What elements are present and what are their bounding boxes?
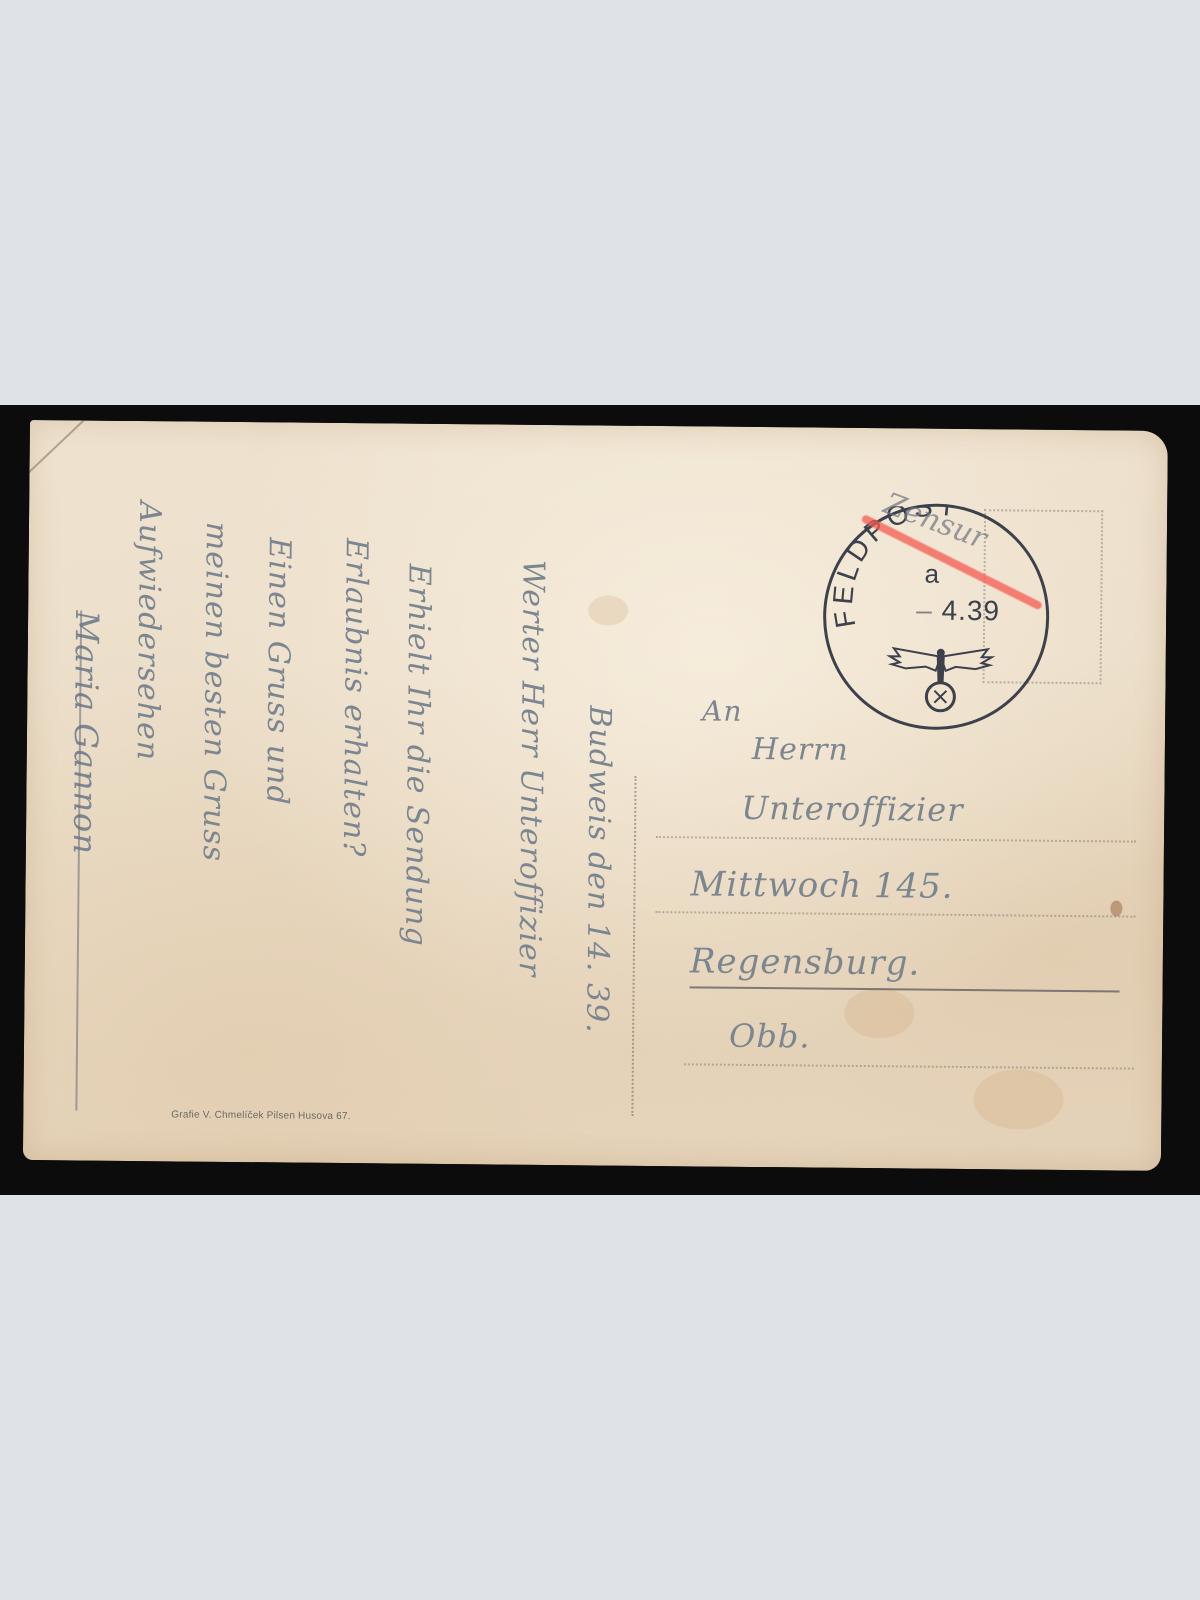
stain (973, 1069, 1064, 1130)
printer-imprint: Grafie V. Chmelíček Pilsen Husova 67. (171, 1109, 350, 1122)
address-line-1: An (702, 694, 743, 727)
address-line-4: Mittwoch 145. (690, 864, 953, 907)
signature: Maria Gannon (66, 610, 106, 855)
stain (1110, 900, 1122, 916)
message-line-6: Aufwiedersehen (130, 501, 167, 761)
message-line-3: Erlaubnis erhalten? (336, 538, 374, 858)
postcard: FELDPOST a – 4.39 Zensur An Herrn Untero… (23, 420, 1168, 1171)
address-line (684, 1063, 1134, 1069)
address-line (656, 836, 1136, 843)
address-line (655, 911, 1135, 918)
message-dateline: Budweis den 14. 39. (579, 705, 617, 1034)
message-line-1: Werter Herr Unteroffizier (512, 560, 551, 978)
eagle-icon (885, 638, 996, 719)
message-line-4: Einen Gruss und (259, 537, 297, 806)
message-line-2: Erhielt Ihr die Sendung (398, 564, 437, 947)
address-line (690, 986, 1120, 992)
address-line-3: Unteroffizier (741, 789, 964, 829)
postmark-letter: a (924, 559, 939, 590)
photo-background: FELDPOST a – 4.39 Zensur An Herrn Untero… (0, 405, 1200, 1195)
stain (588, 595, 628, 625)
message-line-5: meinen besten Gruss (196, 522, 234, 862)
divider-line (631, 776, 636, 1116)
address-line-5: Regensburg. (690, 941, 921, 983)
stain (844, 988, 914, 1039)
address-line-6: Obb. (729, 1017, 811, 1056)
postmark-date: – 4.39 (916, 595, 1000, 628)
address-line-2: Herrn (752, 732, 849, 768)
